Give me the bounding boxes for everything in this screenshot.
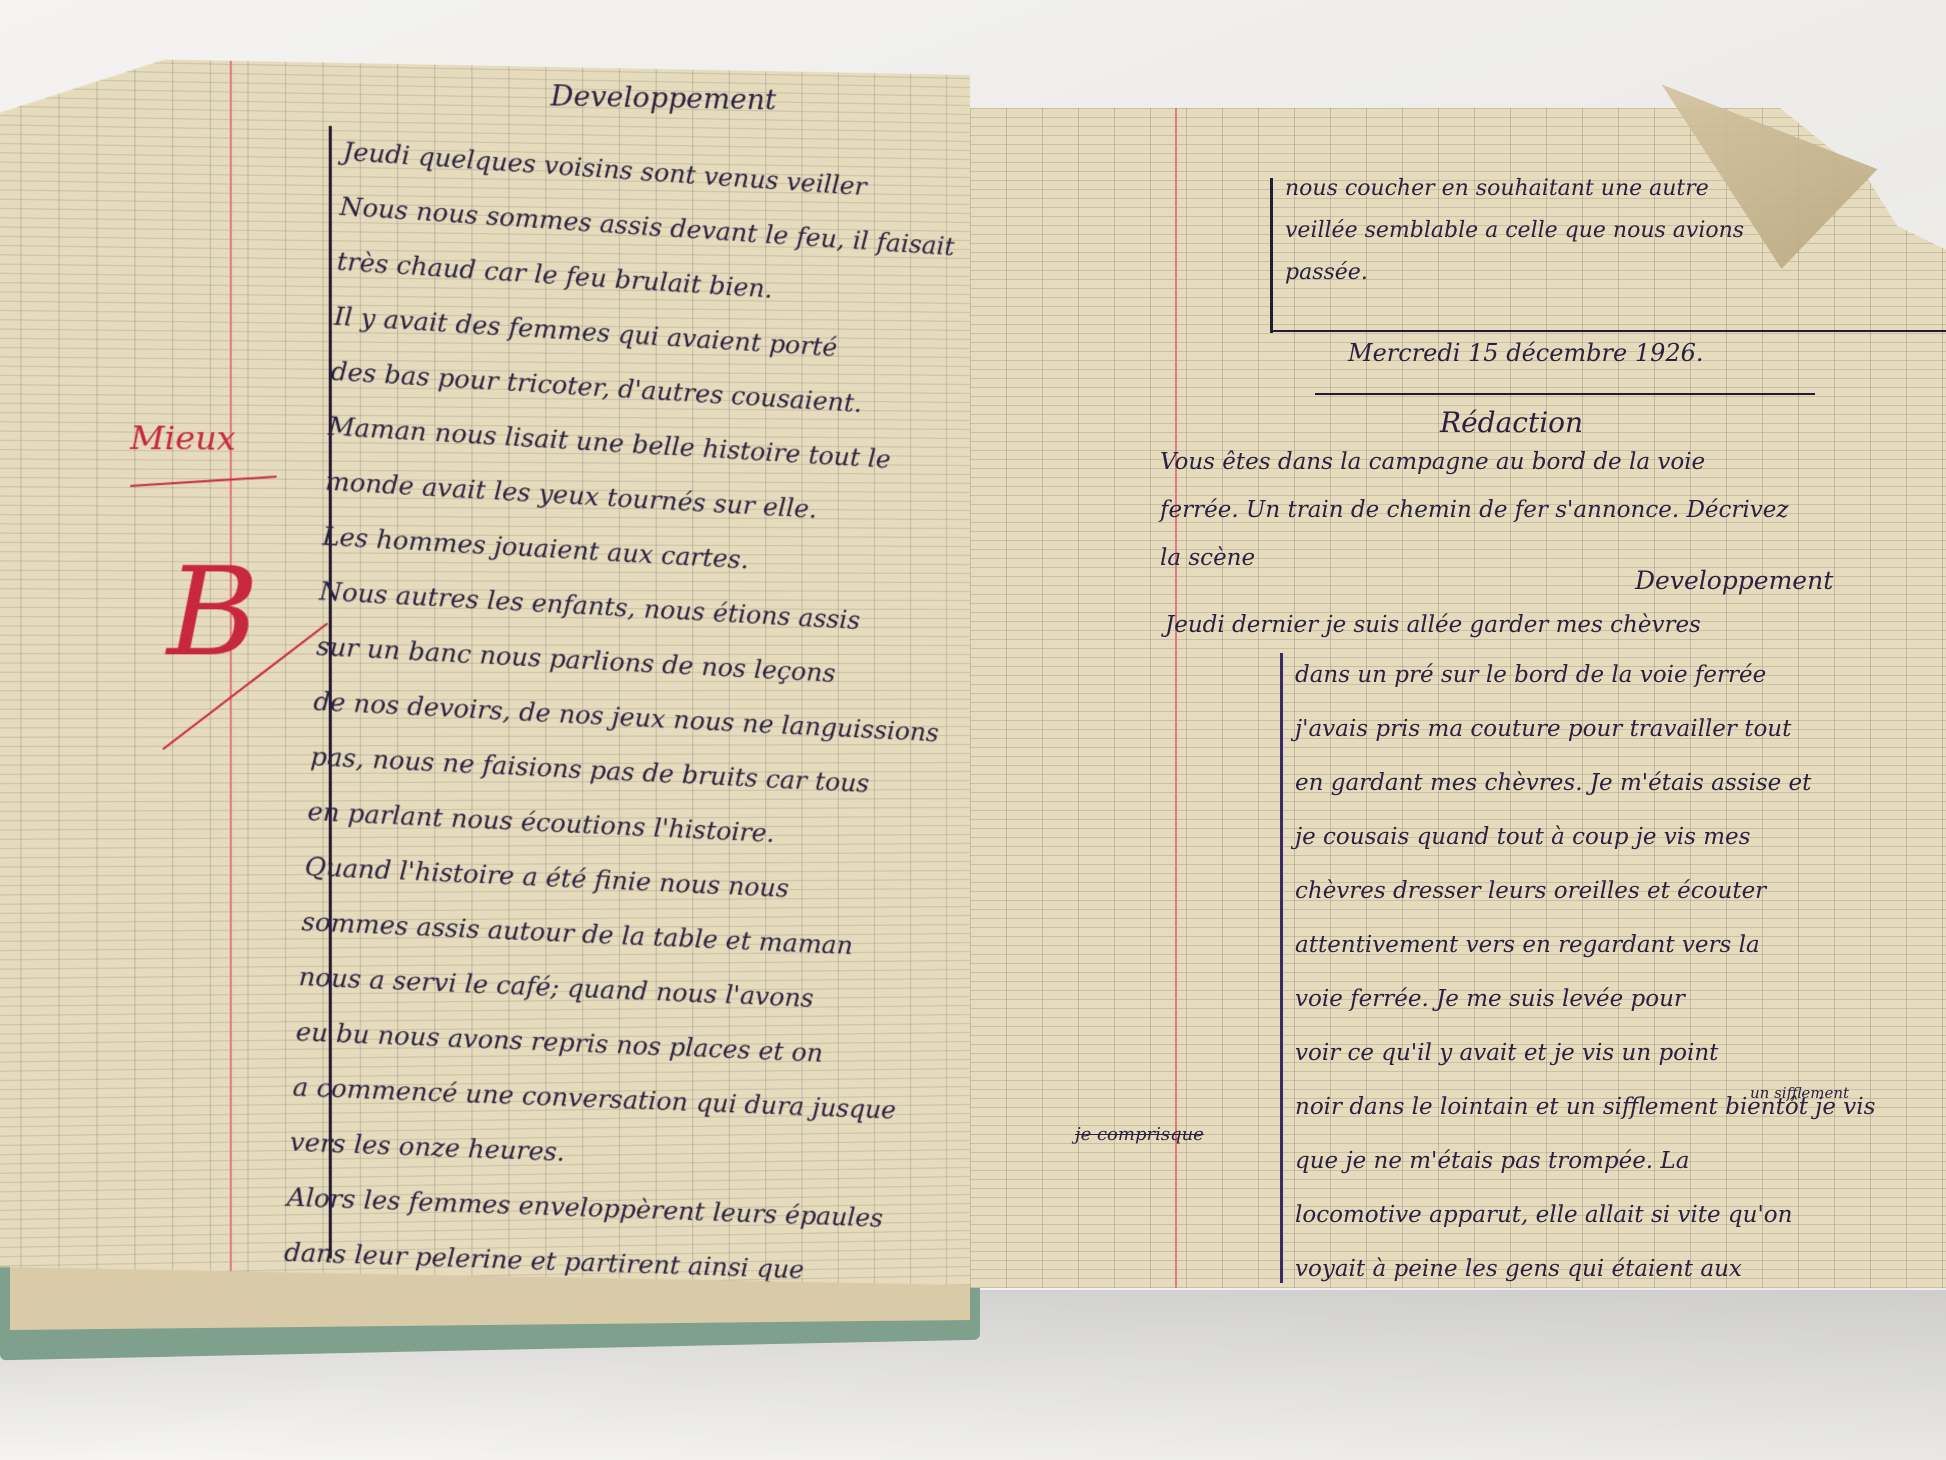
- text-line: veillée semblable a celle que nous avion…: [1285, 210, 1744, 252]
- teacher-underline: [130, 476, 276, 487]
- body-first-line: Jeudi dernier je suis allée garder mes c…: [1165, 598, 1701, 652]
- notebook-left-page: Developpement Mieux B Jeudi quelques voi…: [0, 56, 970, 1304]
- continuation-text: nous coucher en souhaitant une autre vei…: [1285, 168, 1744, 294]
- text-line: nous coucher en souhaitant une autre: [1285, 168, 1744, 210]
- left-page-text: Jeudi quelques voisins sont venus veille…: [277, 124, 969, 1304]
- text-line: voir ce qu'il y avait et je vis un point: [1295, 1026, 1875, 1080]
- text-line: en gardant mes chèvres. Je m'étais assis…: [1295, 756, 1875, 810]
- right-page-heading: Developpement: [1635, 566, 1833, 595]
- teacher-grade: B: [167, 542, 259, 685]
- text-line: j'avais pris ma couture pour travailler …: [1295, 702, 1875, 756]
- prompt-text: Vous êtes dans la campagne au bord de la…: [1160, 438, 1788, 582]
- left-page-heading: Developpement: [550, 79, 776, 116]
- text-line: voie ferrée. Je me suis levée pour: [1295, 972, 1875, 1026]
- section-title: Rédaction: [1440, 406, 1583, 439]
- text-bracket: [1280, 653, 1283, 1283]
- text-line: attentivement vers en regardant vers la: [1295, 918, 1875, 972]
- text-line: voyait à peine les gens qui étaient aux: [1295, 1242, 1875, 1288]
- text-line: je cousais quand tout à coup je vis mes: [1295, 810, 1875, 864]
- margin-strikethrough: je comprisque: [1075, 1124, 1204, 1145]
- text-line: dans un pré sur le bord de la voie ferré…: [1295, 648, 1875, 702]
- text-line: noir dans le lointain et un sifflement b…: [1295, 1080, 1875, 1134]
- text-line: Vous êtes dans la campagne au bord de la…: [1160, 438, 1788, 486]
- right-page-body: dans un pré sur le bord de la voie ferré…: [1295, 648, 1875, 1288]
- text-bracket: [1270, 178, 1273, 333]
- date-rule: [1315, 393, 1815, 395]
- text-line: locomotive apparut, elle allait si vite …: [1295, 1188, 1875, 1242]
- notebook-right-page: nous coucher en souhaitant une autre vei…: [970, 108, 1946, 1288]
- text-line: chèvres dresser leurs oreilles et écoute…: [1295, 864, 1875, 918]
- text-line: ferrée. Un train de chemin de fer s'anno…: [1160, 486, 1788, 534]
- text-line: passée.: [1285, 252, 1744, 294]
- date-line: Mercredi 15 décembre 1926.: [1348, 326, 1704, 380]
- text-line: que je ne m'étais pas trompée. La: [1295, 1134, 1875, 1188]
- teacher-comment: Mieux: [130, 418, 235, 458]
